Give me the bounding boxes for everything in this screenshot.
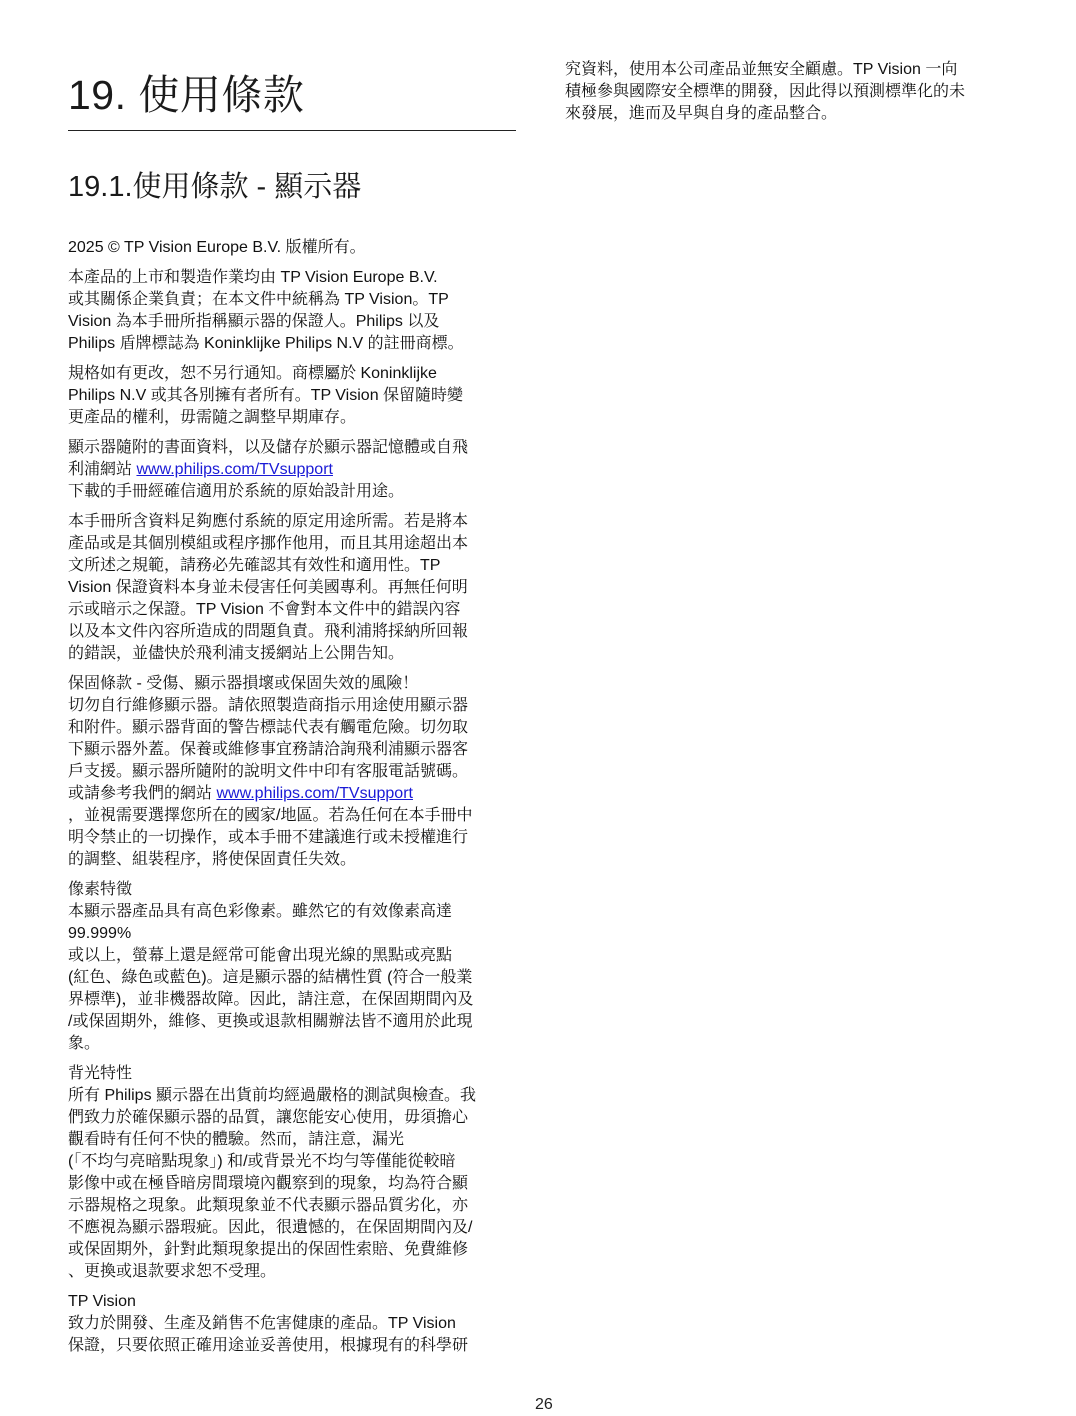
paragraph-backlight-characteristics: 背光特性 所有 Philips 顯示器在出貨前均經過嚴格的測試與檢查。我 們致力… [68,1063,516,1283]
paragraph-documentation-text-end: 下載的手冊經確信適用於系統的原始設計用途。 [68,483,404,500]
left-column-body: 2025 © TP Vision Europe B.V. 版權所有。 本產品的上… [68,237,516,1365]
chapter-title: 19. 使用條款 [68,62,304,121]
paragraph-specifications: 規格如有更改，恕不另行通知。商標屬於 Koninklijke Philips N… [68,363,516,429]
support-link[interactable]: www.philips.com/TVsupport [136,461,333,478]
paragraph-tp-vision-continued: 究資料，使用本公司產品並無安全顧慮。TP Vision 一向 積極參與國際安全標… [565,59,1010,125]
page-number: 26 [535,1396,553,1414]
chapter-divider [68,130,516,131]
section-title: 19.1.使用條款 - 顯示器 [68,164,361,205]
paragraph-disclaimer: 本手冊所含資料足夠應付系統的原定用途所需。若是將本 產品或是其個別模組或程序挪作… [68,511,516,665]
paragraph-manufacturer: 本產品的上市和製造作業均由 TP Vision Europe B.V. 或其關係… [68,267,516,355]
right-column-body: 究資料，使用本公司產品並無安全顧慮。TP Vision 一向 積極參與國際安全標… [565,59,1010,125]
paragraph-warranty-text-end: ，並視需要選擇您所在的國家/地區。若為任何在本手冊中 明令禁止的一切操作，或本手… [68,807,472,868]
paragraph-warranty-text: 保固條款 - 受傷、顯示器損壞或保固失效的風險！ 切勿自行維修顯示器。請依照製造… [68,675,468,802]
copyright-notice: 2025 © TP Vision Europe B.V. 版權所有。 [68,237,516,259]
paragraph-warranty: 保固條款 - 受傷、顯示器損壞或保固失效的風險！ 切勿自行維修顯示器。請依照製造… [68,673,516,871]
paragraph-tp-vision-health: TP Vision 致力於開發、生產及銷售不危害健康的產品。TP Vision … [68,1291,516,1357]
paragraph-pixel-characteristics: 像素特徵 本顯示器產品具有高色彩像素。雖然它的有效像素高達 99.999% 或以… [68,879,516,1055]
paragraph-documentation: 顯示器隨附的書面資料，以及儲存於顯示器記憶體或自飛 利浦網站 www.phili… [68,437,516,503]
support-link-warranty[interactable]: www.philips.com/TVsupport [216,785,413,802]
